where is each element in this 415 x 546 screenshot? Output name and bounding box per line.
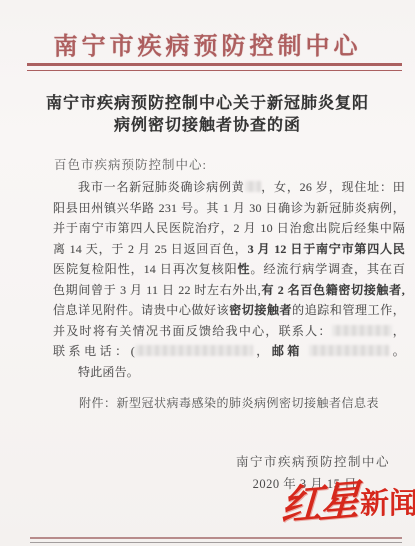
body-text-segment: 性 (238, 262, 251, 276)
body-text-segment: 3 月 12 日于南宁市第四人民 (248, 242, 405, 256)
body-text-segment: 并及时将有关情况书面反馈给我中心，联系人： (53, 324, 332, 338)
body-text-segment: ， (253, 344, 272, 358)
body-text-segment: 阳县田州镇兴华路 231 号。其 1 月 30 日确诊为新冠肺炎病例， (53, 201, 405, 215)
redaction-blur (135, 345, 253, 356)
body-text-segment: 色期间曾于 3 月 11 日 22 时左右外出, (53, 283, 261, 297)
letterhead-divider (27, 63, 402, 71)
body-line: 特此函告。 (53, 362, 405, 383)
body-line: 阳县田州镇兴华路 231 号。其 1 月 30 日确诊为新冠肺炎病例， (53, 198, 405, 219)
body-text-segment: ， (392, 324, 405, 338)
letter-title-line-2: 病例密切接触者协查的函 (0, 115, 415, 137)
red-star-news-watermark: 红星 新闻 (281, 483, 415, 524)
attachment-note: 附件：新型冠状病毒感染的肺炎病例密切接触者信息表 (79, 394, 379, 411)
body-paragraph: 我市一名新冠肺炎确诊病例黄，女，26 岁，现住址：田阳县田州镇兴华路 231 号… (53, 177, 405, 382)
body-line: 我市一名新冠肺炎确诊病例黄，女，26 岁，现住址：田 (53, 177, 405, 198)
letterhead-org-name: 南宁市疾病预防控制中心 (0, 26, 415, 61)
body-text-segment: 邮箱 (272, 344, 303, 358)
body-line: 信息详见附件。请贵中心做好该密切接触者的追踪和管理工作， (53, 300, 405, 321)
redaction-blur (309, 345, 389, 356)
salutation: 百色市疾病预防控制中心: (54, 155, 207, 173)
body-text-segment: ，女，26 岁，现住址：田 (261, 180, 405, 194)
body-line: 并于南宁市第四人民医院治疗，2 月 10 日治愈出院后经集中隔 (53, 218, 405, 239)
body-text-segment: 我市一名新冠肺炎确诊病例黄 (78, 180, 245, 194)
body-text-segment: 有 2 名百色籍密切接触者, (261, 283, 405, 297)
redaction-blur (332, 325, 392, 336)
body-line: 并及时将有关情况书面反馈给我中心，联系人：， (53, 321, 405, 342)
letter-title-line-1: 南宁市疾病预防控制中心关于新冠肺炎复阳 (0, 93, 415, 115)
document-photo: 南宁市疾病预防控制中心 南宁市疾病预防控制中心关于新冠肺炎复阳 病例密切接触者协… (0, 0, 415, 546)
body-line: 联系电话：(，邮箱 。 (53, 341, 405, 362)
body-text-segment: 。 (389, 344, 405, 358)
body-text-segment: 。经流行病学调查，其在百 (251, 262, 406, 276)
redaction-blur (245, 181, 261, 192)
letter-title: 南宁市疾病预防控制中心关于新冠肺炎复阳 病例密切接触者协查的函 (0, 93, 415, 137)
watermark-bold-text: 新闻 (360, 490, 415, 524)
body-text-segment: 信息详见附件。请贵中心做好该 (53, 303, 229, 317)
body-line: 医院复检阳性，14 日再次复核阳性。经流行病学调查，其在百 (53, 259, 405, 280)
body-text-segment: 并于南宁市第四人民医院治疗，2 月 10 日治愈出院后经集中隔 (53, 221, 405, 235)
body-line: 色期间曾于 3 月 11 日 22 时左右外出,有 2 名百色籍密切接触者, (53, 280, 405, 301)
body-text-segment: 密切接触者 (229, 303, 292, 317)
body-text-segment: 特此函告。 (78, 365, 139, 379)
signature-org: 南宁市疾病预防控制中心 (0, 452, 390, 470)
body-text-segment: 医院复检阳性，14 日再次复核阳 (53, 262, 238, 276)
watermark-script-text: 红星 (280, 480, 358, 528)
body-text-segment: 离 14 天，于 2 月 25 日返回百色， (53, 242, 248, 256)
body-text-segment: 联系电话：( (53, 344, 135, 358)
body-text-segment: 的追踪和管理工作， (292, 303, 405, 317)
body-line: 离 14 天，于 2 月 25 日返回百色，3 月 12 日于南宁市第四人民 (53, 239, 405, 260)
bottom-divider (30, 537, 402, 543)
